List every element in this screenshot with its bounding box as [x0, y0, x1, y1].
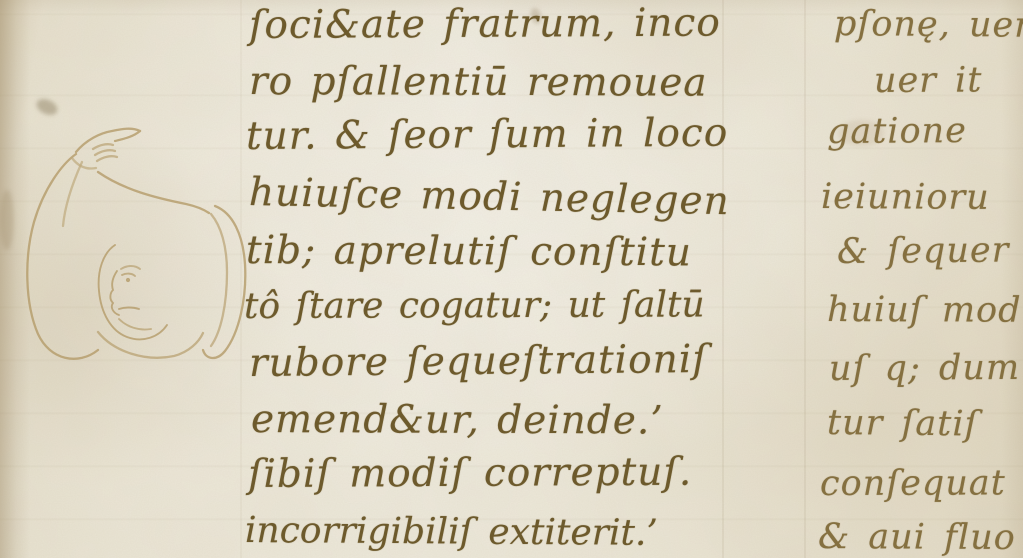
manuscript-line: huiuſce modi neglegen — [249, 170, 731, 224]
manuscript-line: uſ q; dum — [829, 348, 1020, 389]
manuscript-line: ieiunioru — [821, 177, 990, 218]
manuscript-line: emend&ur, deinde.’ — [251, 397, 664, 443]
manuscript-line: incorrigibiliſ extiterit.’ — [245, 510, 658, 554]
margin-drawing-hooded-figure — [14, 92, 264, 392]
manuscript-line: huiuſ mod — [827, 290, 1022, 331]
manuscript-line: tib; aprelutiſ conſtitu — [246, 228, 692, 275]
manuscript-line: uer it — [874, 60, 983, 101]
manuscript-line: ſibiſ modiſ correptuſ. — [248, 450, 692, 497]
manuscript-line: rubore ſequeſtrationiſ — [249, 337, 708, 386]
manuscript-page: ſoci&ate fratrum, inco ro pſallentiū rem… — [0, 0, 1023, 558]
manuscript-line: ſoci&ate fratrum, inco — [249, 1, 721, 48]
face-sketch — [99, 245, 167, 339]
manuscript-line: tô ſtare cogatur; ut ſaltū — [244, 284, 705, 327]
cowl-body-sketch — [27, 154, 209, 359]
manuscript-line: & aui fluo — [818, 517, 1016, 558]
manuscript-line: tur ſatiſ — [827, 403, 979, 445]
manuscript-line: tur. & ſeor ſum in loco — [246, 111, 729, 159]
manuscript-line: pſonę, uer — [834, 4, 1023, 46]
ruling-line-gutter-right — [804, 0, 806, 558]
hood-opening-sketch — [203, 206, 245, 358]
ruling-line-gutter-left — [722, 0, 724, 558]
manuscript-line: & ſequer — [837, 230, 1010, 272]
manuscript-line: gatione — [827, 111, 967, 152]
manuscript-line: ro pſallentiū remouea — [249, 59, 708, 106]
pointing-hand-sketch — [76, 129, 140, 161]
stain — [0, 190, 14, 250]
manuscript-line: conſequat — [820, 463, 1006, 504]
